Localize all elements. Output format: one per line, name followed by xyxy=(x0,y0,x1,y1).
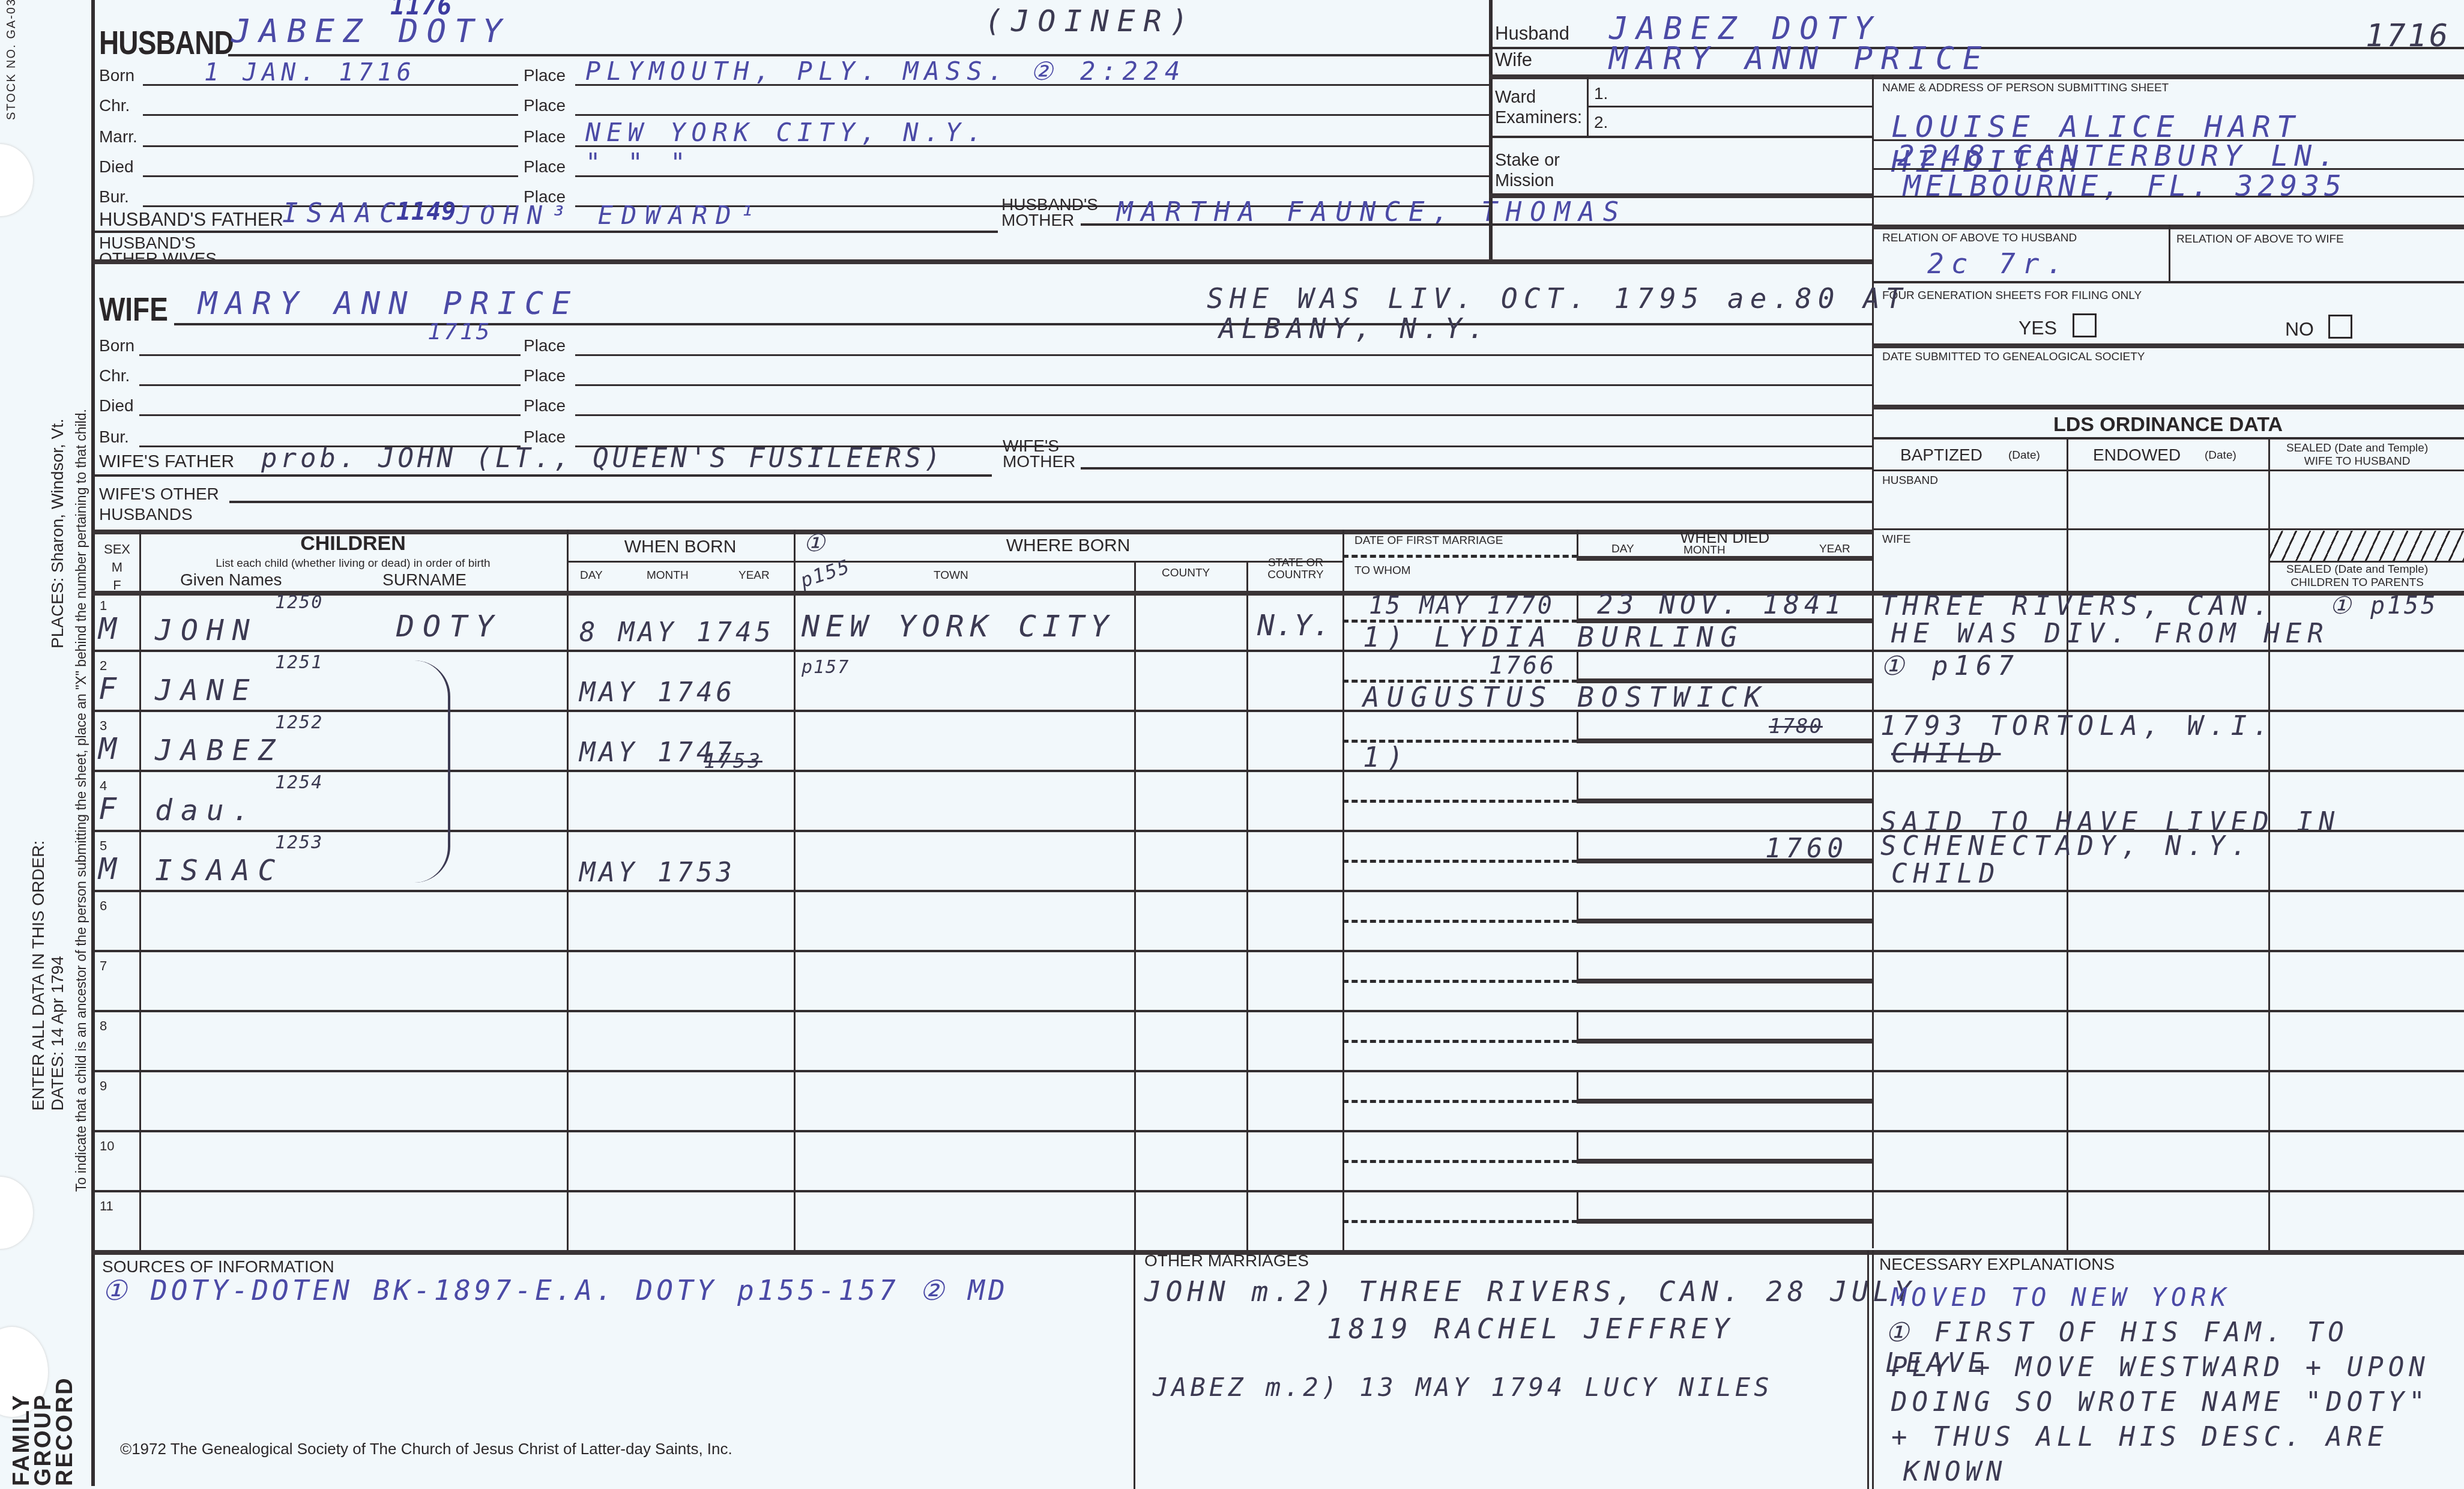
child-number: 10 xyxy=(100,1138,114,1154)
no-label: NO xyxy=(2285,318,2314,340)
rule xyxy=(1577,591,1578,621)
died-month-header: MONTH xyxy=(1683,544,1726,557)
rule xyxy=(1577,951,1578,981)
children-title: CHILDREN xyxy=(139,532,567,555)
explanations-line4: DOING SO WROTE NAME "DOTY" xyxy=(1891,1387,2430,1418)
rule xyxy=(1489,136,1873,138)
rule xyxy=(1577,771,1578,801)
no-checkbox[interactable] xyxy=(2328,315,2352,339)
col-rule xyxy=(2067,591,2068,1250)
rule xyxy=(1489,193,1873,198)
dashed-rule xyxy=(1342,1100,1578,1103)
rule xyxy=(1577,711,1578,741)
rule xyxy=(91,890,2464,892)
rule xyxy=(1577,1011,1578,1041)
where-born-header: WHERE BORN xyxy=(794,536,1342,556)
dashed-rule xyxy=(1342,1040,1578,1043)
child-death-date-struck: 1780 xyxy=(1769,714,1823,738)
label-line: CHILDREN TO PARENTS xyxy=(2286,576,2428,590)
header-wife-name: MARY ANN PRICE xyxy=(1609,41,1990,77)
child-given-name: ISAAC xyxy=(155,854,284,887)
label-line: SEALED (Date and Temple) xyxy=(2286,563,2428,576)
label-line: SEALED (Date and Temple) xyxy=(2286,442,2428,455)
section-divider xyxy=(91,259,1873,264)
rule xyxy=(1577,1071,1578,1101)
sources-text: ① DOTY-DOTEN BK-1897-E.A. DOTY p155-157 … xyxy=(102,1274,1009,1306)
wife-other-husbands-label: WIFE'S OTHER HUSBANDS xyxy=(99,484,219,525)
wife-father-name: prob. JOHN (LT., QUEEN'S FUSILEERS) xyxy=(261,443,944,474)
other-marriages-line2: 1819 RACHEL JEFFREY xyxy=(1327,1312,1734,1345)
rule xyxy=(139,354,521,356)
label-line: M xyxy=(102,558,132,576)
child-notes: HE WAS DIV. FROM HER xyxy=(1891,618,2330,649)
dashed-rule xyxy=(1342,800,1578,803)
submitter-label: NAME & ADDRESS OF PERSON SUBMITTING SHEE… xyxy=(1882,82,2169,95)
child-notes: CHILD xyxy=(1891,738,2000,769)
wife-event-place-label: Place xyxy=(524,336,566,355)
rule xyxy=(1577,651,1578,681)
child-spouse: 1) LYDIA BURLING xyxy=(1363,621,1744,653)
label-line: OTHER WIVES xyxy=(99,251,217,267)
sex-header: SEX M F xyxy=(102,540,132,594)
ward-examiners-label: Ward Examiners: xyxy=(1495,87,1582,128)
four-generation-label: FOUR GENERATION SHEETS FOR FILING ONLY xyxy=(1882,289,2142,303)
yes-label: YES xyxy=(2019,317,2057,339)
dashed-rule xyxy=(1342,1220,1578,1223)
wife-note-line1: SHE WAS LIV. OCT. 1795 ae.80 AT xyxy=(1207,282,1909,315)
form-title: FAMILY GROUP RECORD xyxy=(11,1376,76,1486)
child-record-number: 1254 xyxy=(275,772,323,793)
child-record-number: 1252 xyxy=(275,712,323,733)
child-birth-date: MAY 1753 xyxy=(579,857,735,888)
child-sex: M xyxy=(98,851,116,886)
child-marriage-date: 15 MAY 1770 xyxy=(1369,592,1554,620)
rule xyxy=(575,384,1873,386)
state-country-header: STATE OR COUNTRY xyxy=(1249,557,1342,581)
header-divider xyxy=(1489,0,1493,259)
child-notes: ① p167 xyxy=(1880,651,2020,681)
wife-event-label: Died xyxy=(99,396,134,415)
rule xyxy=(143,114,518,116)
stake-mission-label: Stake or Mission xyxy=(1495,150,1560,191)
rule xyxy=(1577,891,1578,921)
child-notes: THREE RIVERS, CAN. xyxy=(1880,591,2275,621)
rule xyxy=(91,1010,2464,1012)
rule xyxy=(91,474,992,477)
rule xyxy=(1867,1250,1869,1489)
wife-event-label: Born xyxy=(99,336,134,355)
rule xyxy=(575,175,1489,177)
child-spouse: 1) xyxy=(1363,741,1410,773)
wife-mother-label: WIFE'S MOTHER xyxy=(1003,438,1075,470)
rule xyxy=(1872,405,2464,409)
explanations-line1: MOVED TO NEW YORK xyxy=(1891,1282,2231,1312)
other-marriages-label: OTHER MARRIAGES xyxy=(1144,1251,1309,1270)
died-day-header: DAY xyxy=(1611,543,1634,556)
rule xyxy=(1587,106,1873,107)
rule xyxy=(1577,1159,1872,1164)
rule xyxy=(1577,979,1872,983)
husband-event-place: NEW YORK CITY, N.Y. xyxy=(585,118,988,147)
explanations-line5: + THUS ALL HIS DESC. ARE xyxy=(1891,1422,2388,1452)
wife-father-label: WIFE'S FATHER xyxy=(99,452,234,472)
ordinance-endowed-label: ENDOWED xyxy=(2093,445,2181,465)
child-birth-date: 8 MAY 1745 xyxy=(579,617,775,648)
explanations-line6: KNOWN xyxy=(1903,1457,2007,1487)
stock-number: STOCK NO. GA-032 xyxy=(5,0,19,120)
rule xyxy=(1872,225,2464,229)
label-line: HUSBANDS xyxy=(99,504,219,525)
form-title-line: RECORD xyxy=(54,1376,76,1486)
explanations-label: NECESSARY EXPLANATIONS xyxy=(1879,1255,2115,1274)
husband-event-place-label: Place xyxy=(524,157,566,177)
dashed-rule xyxy=(1342,980,1578,983)
label-line: Ward xyxy=(1495,87,1582,107)
child-death-date: 23 NOV. 1841 xyxy=(1597,590,1846,620)
instructions-places: PLACES: Sharon, Windsor, Vt. xyxy=(48,418,67,648)
rule xyxy=(139,414,521,416)
ordinance-endowed-date-label: (Date) xyxy=(2205,449,2236,462)
child-number: 11 xyxy=(100,1198,113,1214)
dashed-rule xyxy=(1342,920,1578,923)
rule xyxy=(139,384,521,386)
label-line: Stake or xyxy=(1495,150,1560,171)
child-sex: F xyxy=(98,671,116,706)
wife-event-place-label: Place xyxy=(524,396,566,415)
examiner-2-label: 2. xyxy=(1594,113,1608,132)
rule xyxy=(1577,738,1872,743)
husband-event-label: Died xyxy=(99,157,134,177)
child-number: 7 xyxy=(100,958,107,974)
relation-husband-label: RELATION OF ABOVE TO HUSBAND xyxy=(1882,232,2077,245)
town-header: TOWN xyxy=(934,569,968,582)
child-record-number: 1253 xyxy=(275,832,323,853)
rule xyxy=(91,650,2464,652)
to-whom-header: TO WHOM xyxy=(1354,564,1411,578)
rule xyxy=(1134,1250,1135,1489)
rule xyxy=(1489,74,2464,79)
other-marriages-line1: JOHN m.2) THREE RIVERS, CAN. 28 JULY xyxy=(1144,1275,1916,1308)
dashed-rule xyxy=(1342,555,1578,558)
ordinance-sealed-children-label: SEALED (Date and Temple) CHILDREN TO PAR… xyxy=(2286,563,2428,590)
born-year-header: YEAR xyxy=(738,569,770,582)
yes-checkbox[interactable] xyxy=(2073,313,2097,337)
child-record-number: 1251 xyxy=(275,652,323,673)
rule xyxy=(1872,437,2464,439)
form-title-line: GROUP xyxy=(32,1376,54,1486)
child-spouse: AUGUSTUS BOSTWICK xyxy=(1363,681,1768,713)
rule xyxy=(143,175,518,177)
rule xyxy=(575,354,1873,356)
instructions-line1: ENTER ALL DATA IN THIS ORDER: xyxy=(29,841,48,1111)
label-line: COUNTRY xyxy=(1249,569,1342,581)
surname-header: SURNAME xyxy=(382,570,467,590)
binder-hole xyxy=(0,1177,33,1249)
wife-event-label: Bur. xyxy=(99,427,129,447)
rule xyxy=(1577,1039,1872,1044)
rule xyxy=(2269,561,2464,563)
rule xyxy=(91,1190,2464,1192)
label-line: SEX xyxy=(102,540,132,558)
husband-event-label: Born xyxy=(99,66,134,85)
county-header: COUNTY xyxy=(1162,567,1210,580)
surname-bracket xyxy=(414,660,450,883)
frame-left-border xyxy=(91,0,95,1486)
died-year-header: YEAR xyxy=(1819,543,1850,556)
label-line: WIFE'S OTHER xyxy=(99,484,219,504)
rule xyxy=(1577,1099,1872,1104)
child-given-name: JOHN xyxy=(155,614,258,647)
rule xyxy=(91,950,2464,952)
col-rule xyxy=(2268,591,2270,1250)
husband-event-date: 1 JAN. 1716 xyxy=(204,59,416,86)
rule xyxy=(1872,528,2464,530)
child-notes: SCHENECTADY, N.Y. xyxy=(1880,831,2253,862)
instructions-dates: DATES: 14 Apr 1794 xyxy=(48,956,67,1111)
wife-event-date: 1715 xyxy=(427,318,492,345)
examiner-1-label: 1. xyxy=(1594,84,1608,103)
rule xyxy=(1577,1191,1578,1221)
child-number: 9 xyxy=(100,1078,107,1094)
submitter-address-line2: MELBOURNE, FL. 32935 xyxy=(1903,169,2346,203)
explanations-line3: PLY + MOVE WESTWARD + UPON xyxy=(1891,1352,2430,1383)
husband-father-record-number: 1149 xyxy=(396,198,456,226)
child-death-date: 1760 xyxy=(1765,833,1848,864)
ordinance-husband-row: HUSBAND xyxy=(1882,474,1938,488)
child-sex: M xyxy=(98,611,116,646)
husband-event-place-label: Place xyxy=(524,96,566,115)
rule xyxy=(143,145,518,147)
rule xyxy=(575,114,1489,116)
rule xyxy=(1577,1219,1872,1224)
child-birth-date: MAY 1746 xyxy=(579,677,735,708)
husband-event-label: Marr. xyxy=(99,127,137,146)
husband-event-label: Bur. xyxy=(99,187,129,207)
label-line: STATE OR xyxy=(1249,557,1342,569)
rule xyxy=(1872,1250,1874,1489)
child-sealed: ① p155 xyxy=(2330,592,2438,620)
dashed-rule xyxy=(1342,860,1578,863)
binder-hole xyxy=(0,144,33,216)
label-line: Mission xyxy=(1495,171,1560,191)
header-wife-label: Wife xyxy=(1495,49,1532,71)
date-submitted-label: DATE SUBMITTED TO GENEALOGICAL SOCIETY xyxy=(1882,351,2145,364)
dashed-rule xyxy=(1342,1160,1578,1163)
husband-event-place: " " " xyxy=(585,148,691,177)
child-number: 6 xyxy=(100,898,107,914)
child-record-number: 1250 xyxy=(275,592,323,613)
husband-father-lineage: JOHN³ EDWARD¹ xyxy=(456,201,763,230)
rule xyxy=(91,1070,2464,1072)
husband-name: JABEZ DOTY xyxy=(231,12,510,50)
husband-heading: HUSBAND xyxy=(99,23,234,62)
wife-note-line2: ALBANY, N.Y. xyxy=(1219,312,1490,345)
rule xyxy=(1872,196,2464,198)
child-number: 8 xyxy=(100,1018,107,1034)
instructions-ancestor-note: To indicate that a child is an ancestor … xyxy=(73,409,89,1192)
rule xyxy=(1577,1131,1578,1161)
child-birth-town: NEW YORK CITY xyxy=(802,609,1114,644)
rule xyxy=(575,414,1873,416)
copyright: ©1972 The Genealogical Society of The Ch… xyxy=(120,1440,732,1458)
child-notes: 1793 TORTOLA, W.I. xyxy=(1880,711,2275,741)
child-marriage-date: 1766 xyxy=(1489,652,1556,680)
husband-occupation: (JOINER) xyxy=(985,4,1197,38)
rule xyxy=(1872,470,2464,471)
child-sex: F xyxy=(98,791,116,826)
given-names-header: Given Names xyxy=(180,570,282,590)
husband-event-place-label: Place xyxy=(524,66,566,85)
header-husband-label: Husband xyxy=(1495,23,1569,44)
born-day-header: DAY xyxy=(580,569,603,582)
relation-wife-label: RELATION OF ABOVE TO WIFE xyxy=(2176,233,2344,246)
child-birth-state: N.Y. xyxy=(1257,609,1332,642)
rule xyxy=(91,1130,2464,1132)
ordinance-sealed-wife-label: SEALED (Date and Temple) WIFE TO HUSBAND xyxy=(2286,442,2428,468)
children-note: List each child (whether living or dead)… xyxy=(139,557,567,570)
ordinance-baptized-label: BAPTIZED xyxy=(1900,445,1982,465)
husband-event-place: PLYMOUTH, PLY. MASS. ② 2:224 xyxy=(585,56,1186,86)
husband-record-number: 1176 xyxy=(390,0,453,20)
rule xyxy=(229,501,1873,503)
label-line: MOTHER xyxy=(1001,213,1098,228)
form-title-line: FAMILY xyxy=(11,1376,32,1486)
rule xyxy=(1081,223,1873,226)
when-born-header: WHEN BORN xyxy=(567,537,794,557)
husband-event-place-label: Place xyxy=(524,127,566,146)
relation-husband-value: 2c 7r. xyxy=(1927,247,2070,280)
rule xyxy=(1577,799,1872,803)
rule xyxy=(91,231,998,233)
other-marriages-line3: JABEZ m.2) 13 MAY 1794 LUCY NILES xyxy=(1153,1373,1772,1402)
child-given-name: dau. xyxy=(155,794,258,827)
wife-name: MARY ANN PRICE xyxy=(198,286,579,322)
child-given-name: JANE xyxy=(155,674,258,707)
label-line: MOTHER xyxy=(1003,454,1075,470)
child-given-name: JABEZ xyxy=(155,734,284,767)
rule xyxy=(1577,831,1578,861)
rule xyxy=(2169,225,2170,282)
ordinance-title: LDS ORDINANCE DATA xyxy=(1872,413,2464,436)
rule xyxy=(567,561,1342,563)
col-rule xyxy=(1246,561,1248,1250)
rule xyxy=(1577,919,1872,923)
husband-event-label: Chr. xyxy=(99,96,130,115)
wife-event-place-label: Place xyxy=(524,366,566,385)
wife-event-label: Chr. xyxy=(99,366,130,385)
child-birth-town: p157 xyxy=(802,657,850,678)
hatched-area xyxy=(2269,531,2464,561)
husband-father-label: HUSBAND'S FATHER xyxy=(99,209,283,231)
col-rule xyxy=(1134,561,1136,1250)
child-sex: M xyxy=(98,731,116,766)
label-line: Examiners: xyxy=(1495,107,1582,128)
first-marriage-header: DATE OF FIRST MARRIAGE xyxy=(1354,534,1503,548)
child-notes: CHILD xyxy=(1891,859,2000,889)
rule xyxy=(1577,556,1872,561)
rule xyxy=(1872,281,2464,283)
born-month-header: MONTH xyxy=(647,569,689,582)
label-line: WIFE TO HUSBAND xyxy=(2286,455,2428,468)
ordinance-wife-row: WIFE xyxy=(1882,533,1911,546)
husband-father-name: ISAAC xyxy=(282,198,403,229)
child-surname: DOTY xyxy=(396,609,502,644)
ordinance-baptized-date-label: (Date) xyxy=(2008,449,2040,462)
wife-heading: WIFE xyxy=(99,289,168,328)
rule xyxy=(1872,343,2464,348)
rule xyxy=(1081,467,1873,470)
